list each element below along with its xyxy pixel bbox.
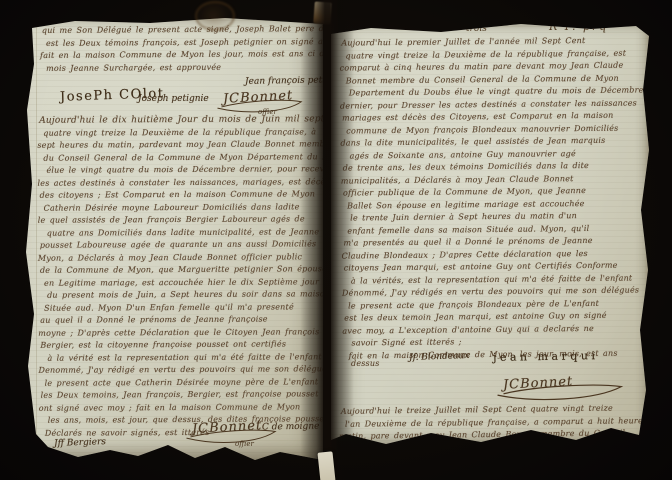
handwriting-line: élue le vingt quatre du mois de Décembre… [46, 163, 317, 177]
corner-registry-mark: R P. prq [549, 20, 608, 33]
handwriting-line: Bergier, est la citoyenne françoise pous… [40, 338, 318, 352]
archival-register-photo: qui me Son Délégué le present acte signé… [0, 0, 672, 480]
right-page-main-paragraph: Aujourd'hui le premier Juillet de l'anné… [341, 34, 640, 362]
handwriting-line: de la Commune de Myon, que Margueritte p… [40, 263, 318, 277]
handwriting-line: Aujourd'hui le dix huitième Jour du mois… [39, 113, 317, 127]
round-ink-stamp [195, 1, 235, 31]
handwriting-line: des citoyens ; Est Comparut en la maison… [40, 188, 318, 202]
signature-de-moigne: C de moigne [262, 421, 320, 432]
handwriting-line: les Deux temoins, Jean françois, Bergier… [41, 388, 319, 402]
handwriting-line: Située aud. Myon D'un Enfan femelle qu'i… [44, 301, 318, 315]
signature-bergiers: Jff Bergiers [54, 437, 106, 449]
left-page-margin-rule [36, 24, 37, 446]
right-page-bottom-paragraph: Aujourd'hui le treize Juillet mil Sept C… [341, 402, 641, 443]
signature-joseph-petignie: Joseph petignie [138, 94, 209, 104]
signature-jc-bonnet-top: JCBonnet [223, 88, 294, 107]
left-page-top-paragraph: qui me Son Délégué le present acte signé… [42, 23, 314, 75]
handwriting-line: fait en la maison Commune de Myon les jo… [40, 48, 314, 62]
signature-bonnet-bottom-title: offier [235, 440, 254, 448]
left-page-main-paragraph: Aujourd'hui le dix huitième Jour du mois… [39, 113, 319, 439]
binding-tab-top [313, 1, 331, 24]
signature-jean-marqui: jean marqui [493, 349, 599, 364]
signature-blondeaux: Jf. Blondeaux [409, 351, 470, 363]
handwriting-line: pousset Laboureuse agée de quarante un a… [40, 238, 318, 252]
binding-tab-bottom [317, 451, 335, 480]
handwriting-line: le quel assistés de Jean françois Bergie… [38, 213, 318, 227]
handwriting-line: qui me Son Délégué le present acte signé… [42, 23, 314, 37]
signature-jc-bonnet-bottom: JCBonnet [192, 418, 263, 437]
handwriting-line: matin, pare devant moy Jean Claude Bonne… [339, 427, 641, 443]
page-number-word: trois [466, 24, 487, 34]
right-page: trois R P. prq Aujourd'hui le premier Ju… [331, 20, 651, 450]
handwriting-line: du present mois de Juin, a Sept heures d… [47, 288, 318, 302]
handwriting-line-dessus: dessus [351, 358, 380, 371]
handwriting-line: sept heures du matin, pardevant moy Jean… [37, 138, 317, 152]
handwriting-line: Denommé, J'ay rédigé en vertu des pouvoi… [38, 363, 318, 377]
handwriting-line: mois Jeanne Surchargée, est approuvée [46, 61, 314, 75]
left-page: qui me Son Délégué le present acte signé… [20, 14, 323, 460]
signature-jc-bonnet-right: JCBonnet [503, 374, 574, 393]
signature-jean-francois-petignie: Jean françois petignie [245, 75, 345, 87]
